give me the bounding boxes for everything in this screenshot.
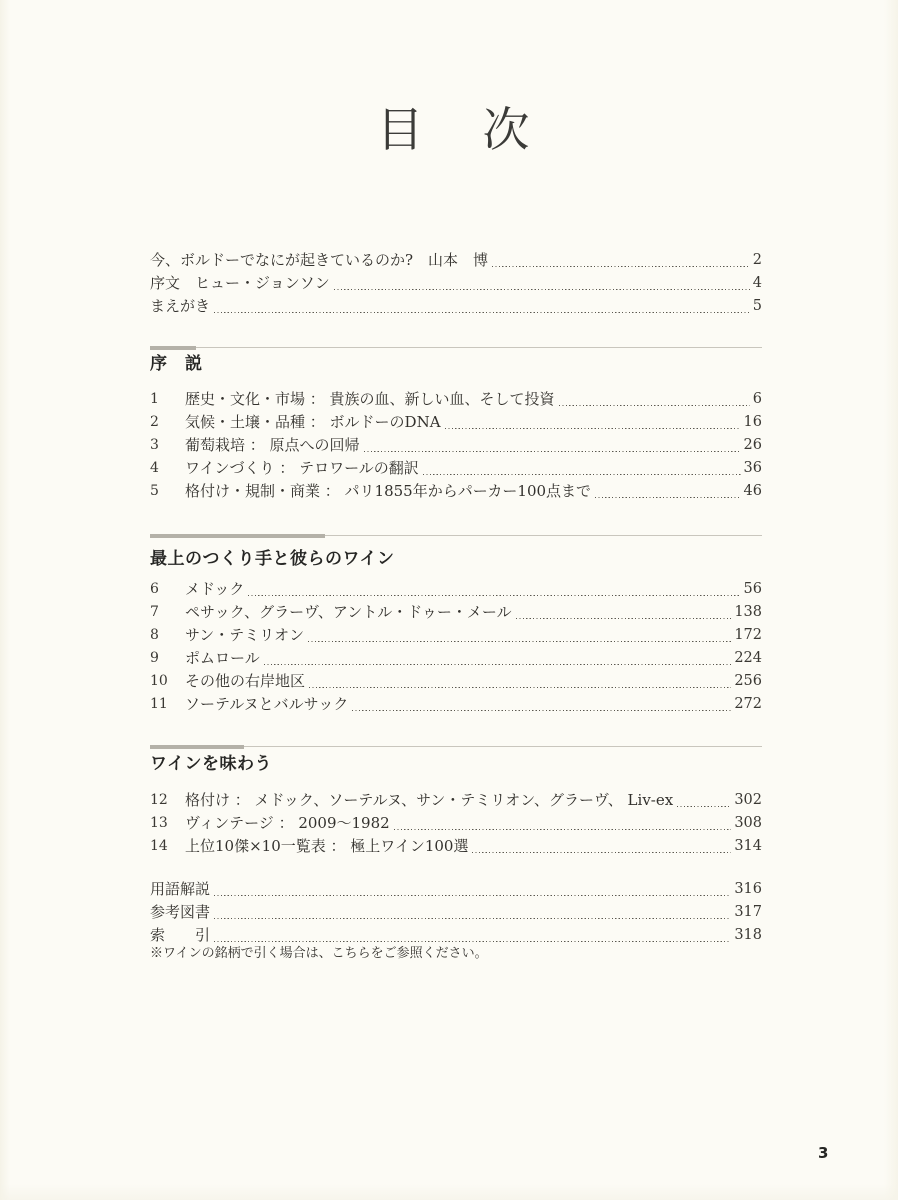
chapter-number: 6 <box>150 579 185 600</box>
toc-entry: 3 葡萄栽培 ： 原点への回帰 26 <box>150 433 762 456</box>
page-ref: 272 <box>734 694 762 715</box>
toc-entry: 8 サン・テミリオン 172 <box>150 623 762 646</box>
toc-content: 目 次 今、ボルドーでなにが起きているのか? 山本 博 2 序文 ヒュー・ジョン… <box>150 0 762 964</box>
dot-leader <box>214 941 731 942</box>
chapter-number: 5 <box>150 481 185 502</box>
toc-entry: 12 格付け ： メドック、ソーテルヌ、サン・テミリオン、グラーヴ、 Liv-e… <box>150 788 762 811</box>
divider-accent-bar <box>150 346 196 350</box>
dot-leader <box>334 289 750 290</box>
toc-entry: まえがき 5 <box>150 294 762 317</box>
toc-entry: 11 ソーテルヌとバルサック 272 <box>150 692 762 715</box>
toc-entry: 9 ポムロール 224 <box>150 646 762 669</box>
page-ref: 26 <box>744 435 762 456</box>
divider-rule <box>150 347 762 348</box>
toc-entry: 14 上位10傑×10一覧表 ： 極上ワイン100選 314 <box>150 834 762 857</box>
toc-entry: 序文 ヒュー・ジョンソン 4 <box>150 271 762 294</box>
page-ref: 317 <box>734 902 762 923</box>
page-ref: 314 <box>734 836 762 857</box>
chapter-number: 13 <box>150 813 185 834</box>
toc-entry: 4 ワインづくり ： テロワールの翻訳 36 <box>150 456 762 479</box>
section-divider <box>150 346 762 349</box>
page-ref: 138 <box>734 602 762 623</box>
dot-leader <box>308 641 731 642</box>
dot-leader <box>423 474 741 475</box>
page-ref: 46 <box>744 481 762 502</box>
entry-title: ワインづくり ： テロワールの翻訳 <box>185 458 419 479</box>
chapter-number: 7 <box>150 602 185 623</box>
dot-leader <box>445 428 741 429</box>
toc-entry: 索 引 318 <box>150 923 762 946</box>
entry-title: 格付け・規制・商業 ： パリ1855年からパーカー100点まで <box>185 481 591 502</box>
folio-page-number: 3 <box>818 1144 828 1162</box>
entry-title: まえがき <box>150 296 210 317</box>
index-note: ※ワインの銘柄で引く場合は、こちらをご参照ください。 <box>150 944 762 964</box>
dot-leader <box>214 895 731 896</box>
page-ref: 16 <box>744 412 762 433</box>
section-list: 1 歴史・文化・市場 ： 貴族の血、新しい血、そして投資 6 2 気候・土壌・品… <box>150 387 762 502</box>
entry-title: その他の右岸地区 <box>185 671 305 692</box>
divider-accent-bar <box>150 534 325 538</box>
toc-entry: 10 その他の右岸地区 256 <box>150 669 762 692</box>
section-heading: 序 説 <box>150 353 762 376</box>
entry-title: ペサック、グラーヴ、アントル・ドゥー・メール <box>185 602 512 623</box>
toc-entry: 用語解説 316 <box>150 877 762 900</box>
entry-title: 格付け ： メドック、ソーテルヌ、サン・テミリオン、グラーヴ、 Liv-ex <box>185 790 673 811</box>
page-ref: 316 <box>734 879 762 900</box>
section-heading: ワインを味わう <box>150 753 762 776</box>
dot-leader <box>394 829 732 830</box>
entry-title: メドック <box>185 579 244 600</box>
dot-leader <box>516 618 732 619</box>
dot-leader <box>352 710 731 711</box>
chapter-number: 11 <box>150 694 185 715</box>
entry-title: 今、ボルドーでなにが起きているのか? 山本 博 <box>150 250 488 271</box>
dot-leader <box>214 918 731 919</box>
dot-leader <box>248 595 740 596</box>
chapter-number: 9 <box>150 648 185 669</box>
dot-leader <box>677 806 731 807</box>
toc-entry: 13 ヴィンテージ ： 2009～1982 308 <box>150 811 762 834</box>
section-divider <box>150 745 762 748</box>
page-ref: 2 <box>753 250 762 271</box>
section-divider <box>150 534 762 537</box>
page-ref: 56 <box>744 579 762 600</box>
back-matter-list: 用語解説 316 参考図書 317 索 引 318 <box>150 877 762 946</box>
page-title: 目 次 <box>150 102 762 160</box>
toc-entry: 参考図書 317 <box>150 900 762 923</box>
dot-leader <box>364 451 741 452</box>
toc-entry: 2 気候・土壌・品種 ： ボルドーのDNA 16 <box>150 410 762 433</box>
page-ref: 302 <box>734 790 762 811</box>
page-ref: 318 <box>734 925 762 946</box>
entry-title: 上位10傑×10一覧表 ： 極上ワイン100選 <box>185 836 468 857</box>
toc-entry: 1 歴史・文化・市場 ： 貴族の血、新しい血、そして投資 6 <box>150 387 762 410</box>
toc-entry: 今、ボルドーでなにが起きているのか? 山本 博 2 <box>150 248 762 271</box>
page-ref: 256 <box>734 671 762 692</box>
entry-title: 参考図書 <box>150 902 210 923</box>
chapter-number: 2 <box>150 412 185 433</box>
chapter-number: 12 <box>150 790 185 811</box>
dot-leader <box>492 266 750 267</box>
dot-leader <box>559 405 750 406</box>
page-ref: 5 <box>753 296 762 317</box>
page-ref: 224 <box>734 648 762 669</box>
page-ref: 36 <box>744 458 762 479</box>
entry-title: ヴィンテージ ： 2009～1982 <box>185 813 390 834</box>
chapter-number: 10 <box>150 671 185 692</box>
entry-title: 葡萄栽培 ： 原点への回帰 <box>185 435 360 456</box>
entry-title: 序文 ヒュー・ジョンソン <box>150 273 330 294</box>
book-toc-page: 目 次 今、ボルドーでなにが起きているのか? 山本 博 2 序文 ヒュー・ジョン… <box>0 0 898 1200</box>
toc-entry: 6 メドック 56 <box>150 577 762 600</box>
page-ref: 4 <box>753 273 762 294</box>
entry-title: 歴史・文化・市場 ： 貴族の血、新しい血、そして投資 <box>185 389 555 410</box>
entry-title: ポムロール <box>185 648 260 669</box>
entry-title: ソーテルヌとバルサック <box>185 694 348 715</box>
dot-leader <box>214 312 750 313</box>
section-heading: 最上のつくり手と彼らのワイン <box>150 548 762 571</box>
page-ref: 172 <box>734 625 762 646</box>
chapter-number: 8 <box>150 625 185 646</box>
dot-leader <box>595 497 741 498</box>
toc-entry: 7 ペサック、グラーヴ、アントル・ドゥー・メール 138 <box>150 600 762 623</box>
divider-accent-bar <box>150 745 244 749</box>
entry-title: 索 引 <box>150 925 210 946</box>
page-ref: 308 <box>734 813 762 834</box>
chapter-number: 4 <box>150 458 185 479</box>
chapter-number: 3 <box>150 435 185 456</box>
chapter-number: 1 <box>150 389 185 410</box>
toc-entry: 5 格付け・規制・商業 ： パリ1855年からパーカー100点まで 46 <box>150 479 762 502</box>
entry-title: 用語解説 <box>150 879 210 900</box>
section-list: 12 格付け ： メドック、ソーテルヌ、サン・テミリオン、グラーヴ、 Liv-e… <box>150 788 762 857</box>
section-list: 6 メドック 56 7 ペサック、グラーヴ、アントル・ドゥー・メール 138 8… <box>150 577 762 715</box>
front-matter-list: 今、ボルドーでなにが起きているのか? 山本 博 2 序文 ヒュー・ジョンソン 4… <box>150 248 762 317</box>
page-ref: 6 <box>753 389 762 410</box>
entry-title: 気候・土壌・品種 ： ボルドーのDNA <box>185 412 441 433</box>
chapter-number: 14 <box>150 836 185 857</box>
dot-leader <box>472 852 731 853</box>
dot-leader <box>264 664 732 665</box>
entry-title: サン・テミリオン <box>185 625 304 646</box>
dot-leader <box>309 687 731 688</box>
